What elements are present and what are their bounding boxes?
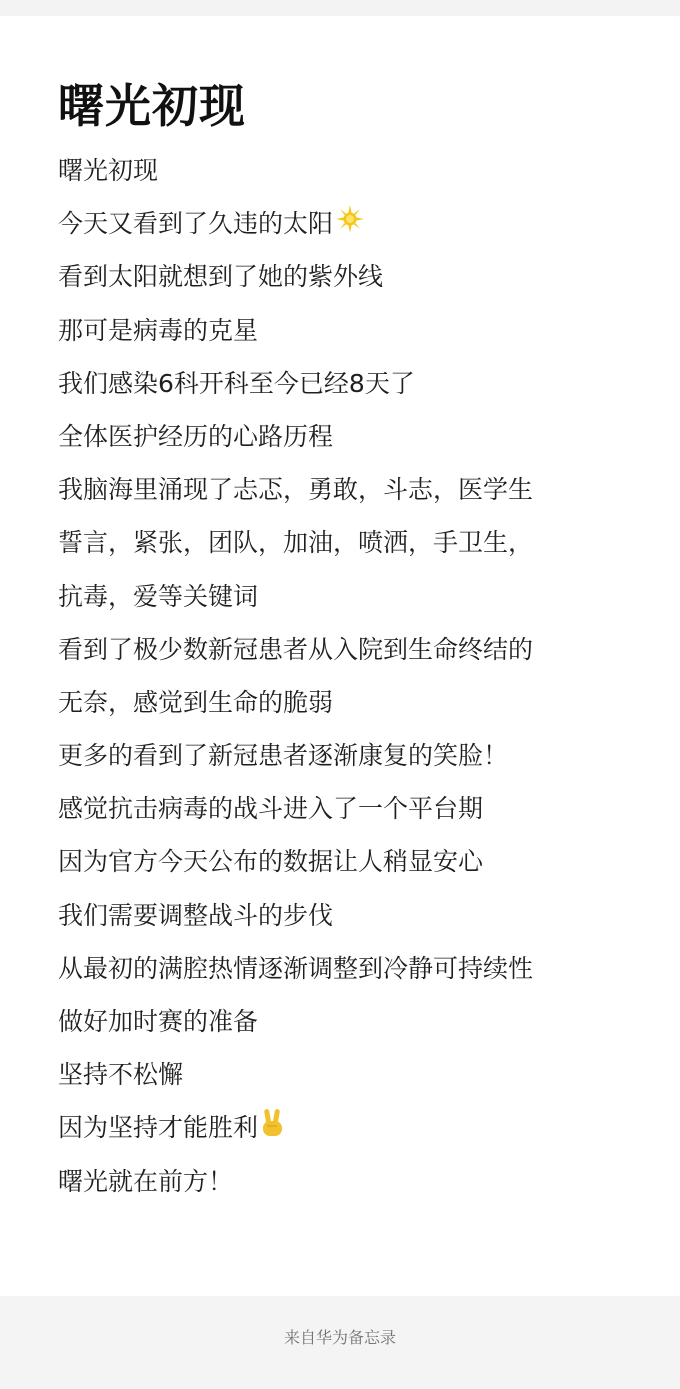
footer: 来自华为备忘录	[0, 1296, 680, 1389]
footer-source-label: 来自华为备忘录	[0, 1326, 680, 1350]
note-line: 看到太阳就想到了她的紫外线	[58, 250, 648, 303]
note-line: 做好加时赛的准备	[58, 995, 648, 1048]
note-line: 因为坚持才能胜利	[58, 1101, 648, 1154]
note-line: 无奈，感觉到生命的脆弱	[58, 676, 648, 729]
note-line: 我脑海里涌现了忐忑，勇敢，斗志，医学生	[58, 463, 648, 516]
sun-icon	[335, 199, 365, 252]
note-line: 感觉抗击病毒的战斗进入了一个平台期	[58, 782, 648, 835]
note-line: 誓言，紧张，团队，加油，喷洒，手卫生，	[58, 516, 648, 569]
note-line: 从最初的满腔热情逐渐调整到冷静可持续性	[58, 942, 648, 995]
note-line: 看到了极少数新冠患者从入院到生命终结的	[58, 623, 648, 676]
note-title: 曙光初现	[58, 72, 246, 140]
victory-hand-icon	[260, 1103, 286, 1156]
note-page: 曙光初现 曙光初现 今天又看到了久违的太阳 看到太阳就想到了她的紫外线 那可是病…	[0, 16, 680, 1296]
note-line: 因为官方今天公布的数据让人稍显安心	[58, 835, 648, 888]
note-line: 我们感染6科开科至今已经8天了	[58, 357, 648, 410]
note-line: 曙光就在前方！	[58, 1155, 648, 1208]
note-line: 全体医护经历的心路历程	[58, 410, 648, 463]
note-line: 今天又看到了久违的太阳	[58, 197, 648, 250]
note-body: 曙光初现 今天又看到了久违的太阳 看到太阳就想到了她的紫外线 那可是病毒的克星 …	[58, 144, 648, 1208]
top-strip	[0, 0, 680, 16]
note-line: 坚持不松懈	[58, 1048, 648, 1101]
note-line: 更多的看到了新冠患者逐渐康复的笑脸！	[58, 729, 648, 782]
note-line: 我们需要调整战斗的步伐	[58, 889, 648, 942]
note-line: 曙光初现	[58, 144, 648, 197]
note-line: 那可是病毒的克星	[58, 304, 648, 357]
note-line: 抗毒，爱等关键词	[58, 570, 648, 623]
